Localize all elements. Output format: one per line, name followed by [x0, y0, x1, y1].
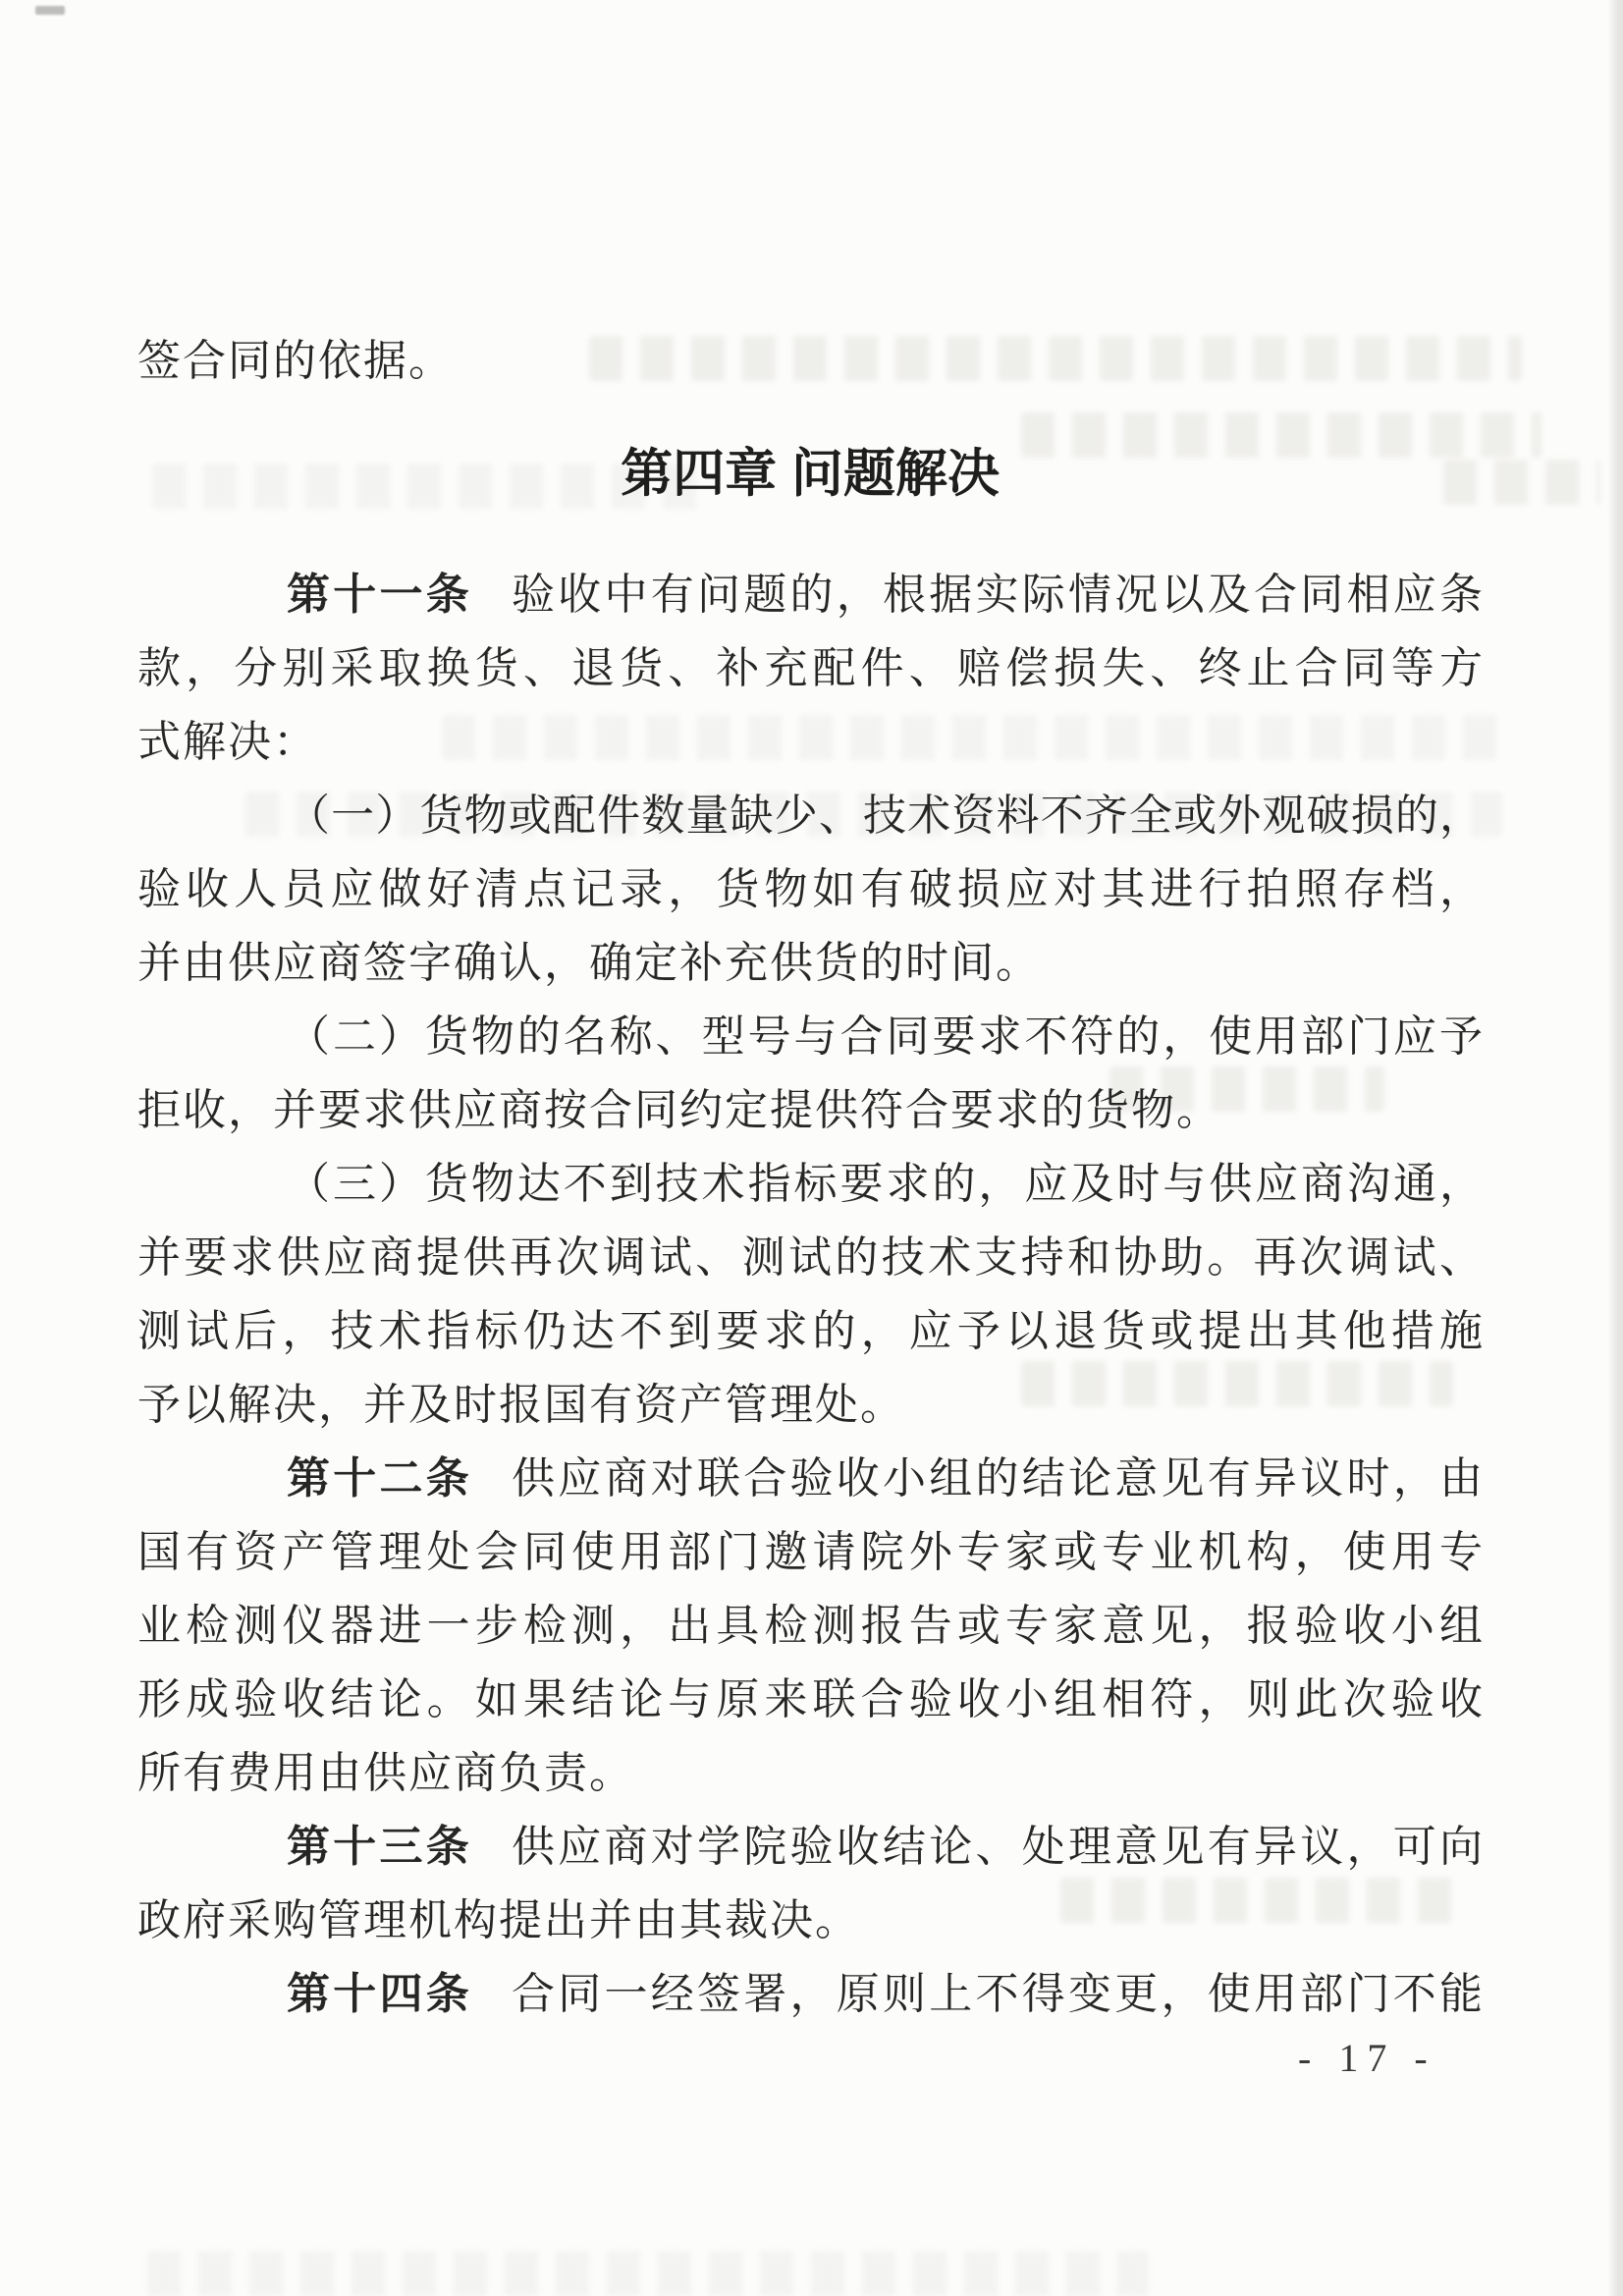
text-line-item-3: （三）货物达不到技术指标要求的，应及时与供应商沟通，: [137, 1147, 1483, 1221]
text-run: 合同一经签署，原则上不得变更，使用部门不能: [512, 1970, 1483, 2018]
document-text-block: 签合同的依据。 第四章 问题解决 第十一条验收中有问题的，根据实际情况以及合同相…: [137, 324, 1483, 2031]
text-run: 供应商对学院验收结论、处理意见有异议，可向: [512, 1823, 1483, 1871]
text-line: 所有费用由供应商负责。: [137, 1736, 1483, 1810]
article-number-label: 第十四条: [287, 1970, 472, 2018]
text-line: 式解决：: [137, 705, 1483, 779]
article-number-label: 第十二条: [287, 1454, 472, 1503]
text-line: 拒收，并要求供应商按合同约定提供符合要求的货物。: [137, 1073, 1483, 1147]
text-line: 国有资产管理处会同使用部门邀请院外专家或专业机构，使用专: [137, 1515, 1483, 1589]
scanned-document-page: 签合同的依据。 第四章 问题解决 第十一条验收中有问题的，根据实际情况以及合同相…: [0, 0, 1623, 2296]
text-line: 测试后，技术指标仍达不到要求的，应予以退货或提出其他措施: [137, 1294, 1483, 1368]
article-number-label: 第十三条: [287, 1823, 472, 1871]
bleed-through-smudge: [147, 2251, 1149, 2296]
text-line-item-2: （二）货物的名称、型号与合同要求不符的，使用部门应予: [137, 1000, 1483, 1073]
scan-speck: [35, 6, 65, 15]
text-line: 予以解决，并及时报国有资产管理处。: [137, 1368, 1483, 1442]
text-run: 供应商对联合验收小组的结论意见有异议时，由: [512, 1454, 1483, 1503]
text-line-article-12: 第十二条供应商对联合验收小组的结论意见有异议时，由: [137, 1442, 1483, 1515]
text-line-article-14: 第十四条合同一经签署，原则上不得变更，使用部门不能: [137, 1957, 1483, 2031]
article-number-label: 第十一条: [287, 571, 472, 619]
text-line: 政府采购管理机构提出并由其裁决。: [137, 1884, 1483, 1957]
text-line: 签合同的依据。: [137, 324, 1483, 398]
text-line: 验收人员应做好清点记录，货物如有破损应对其进行拍照存档，: [137, 852, 1483, 926]
page-number: - 17 -: [1298, 2035, 1436, 2081]
chapter-heading: 第四章 问题解决: [137, 437, 1483, 511]
text-line: 业检测仪器进一步检测，出具检测报告或专家意见，报验收小组: [137, 1589, 1483, 1663]
text-line-article-11: 第十一条验收中有问题的，根据实际情况以及合同相应条: [137, 558, 1483, 631]
text-line: 并由供应商签字确认，确定补充供货的时间。: [137, 926, 1483, 1000]
text-line-article-13: 第十三条供应商对学院验收结论、处理意见有异议，可向: [137, 1810, 1483, 1884]
text-line: 款，分别采取换货、退货、补充配件、赔偿损失、终止合同等方: [137, 631, 1483, 705]
page-edge-shadow: [1607, 0, 1623, 2296]
text-line: 并要求供应商提供再次调试、测试的技术支持和协助。再次调试、: [137, 1221, 1483, 1294]
text-line-item-1: （一）货物或配件数量缺少、技术资料不齐全或外观破损的，: [137, 779, 1483, 852]
text-run: 验收中有问题的，根据实际情况以及合同相应条: [512, 571, 1483, 619]
text-line: 形成验收结论。如果结论与原来联合验收小组相符，则此次验收: [137, 1663, 1483, 1736]
